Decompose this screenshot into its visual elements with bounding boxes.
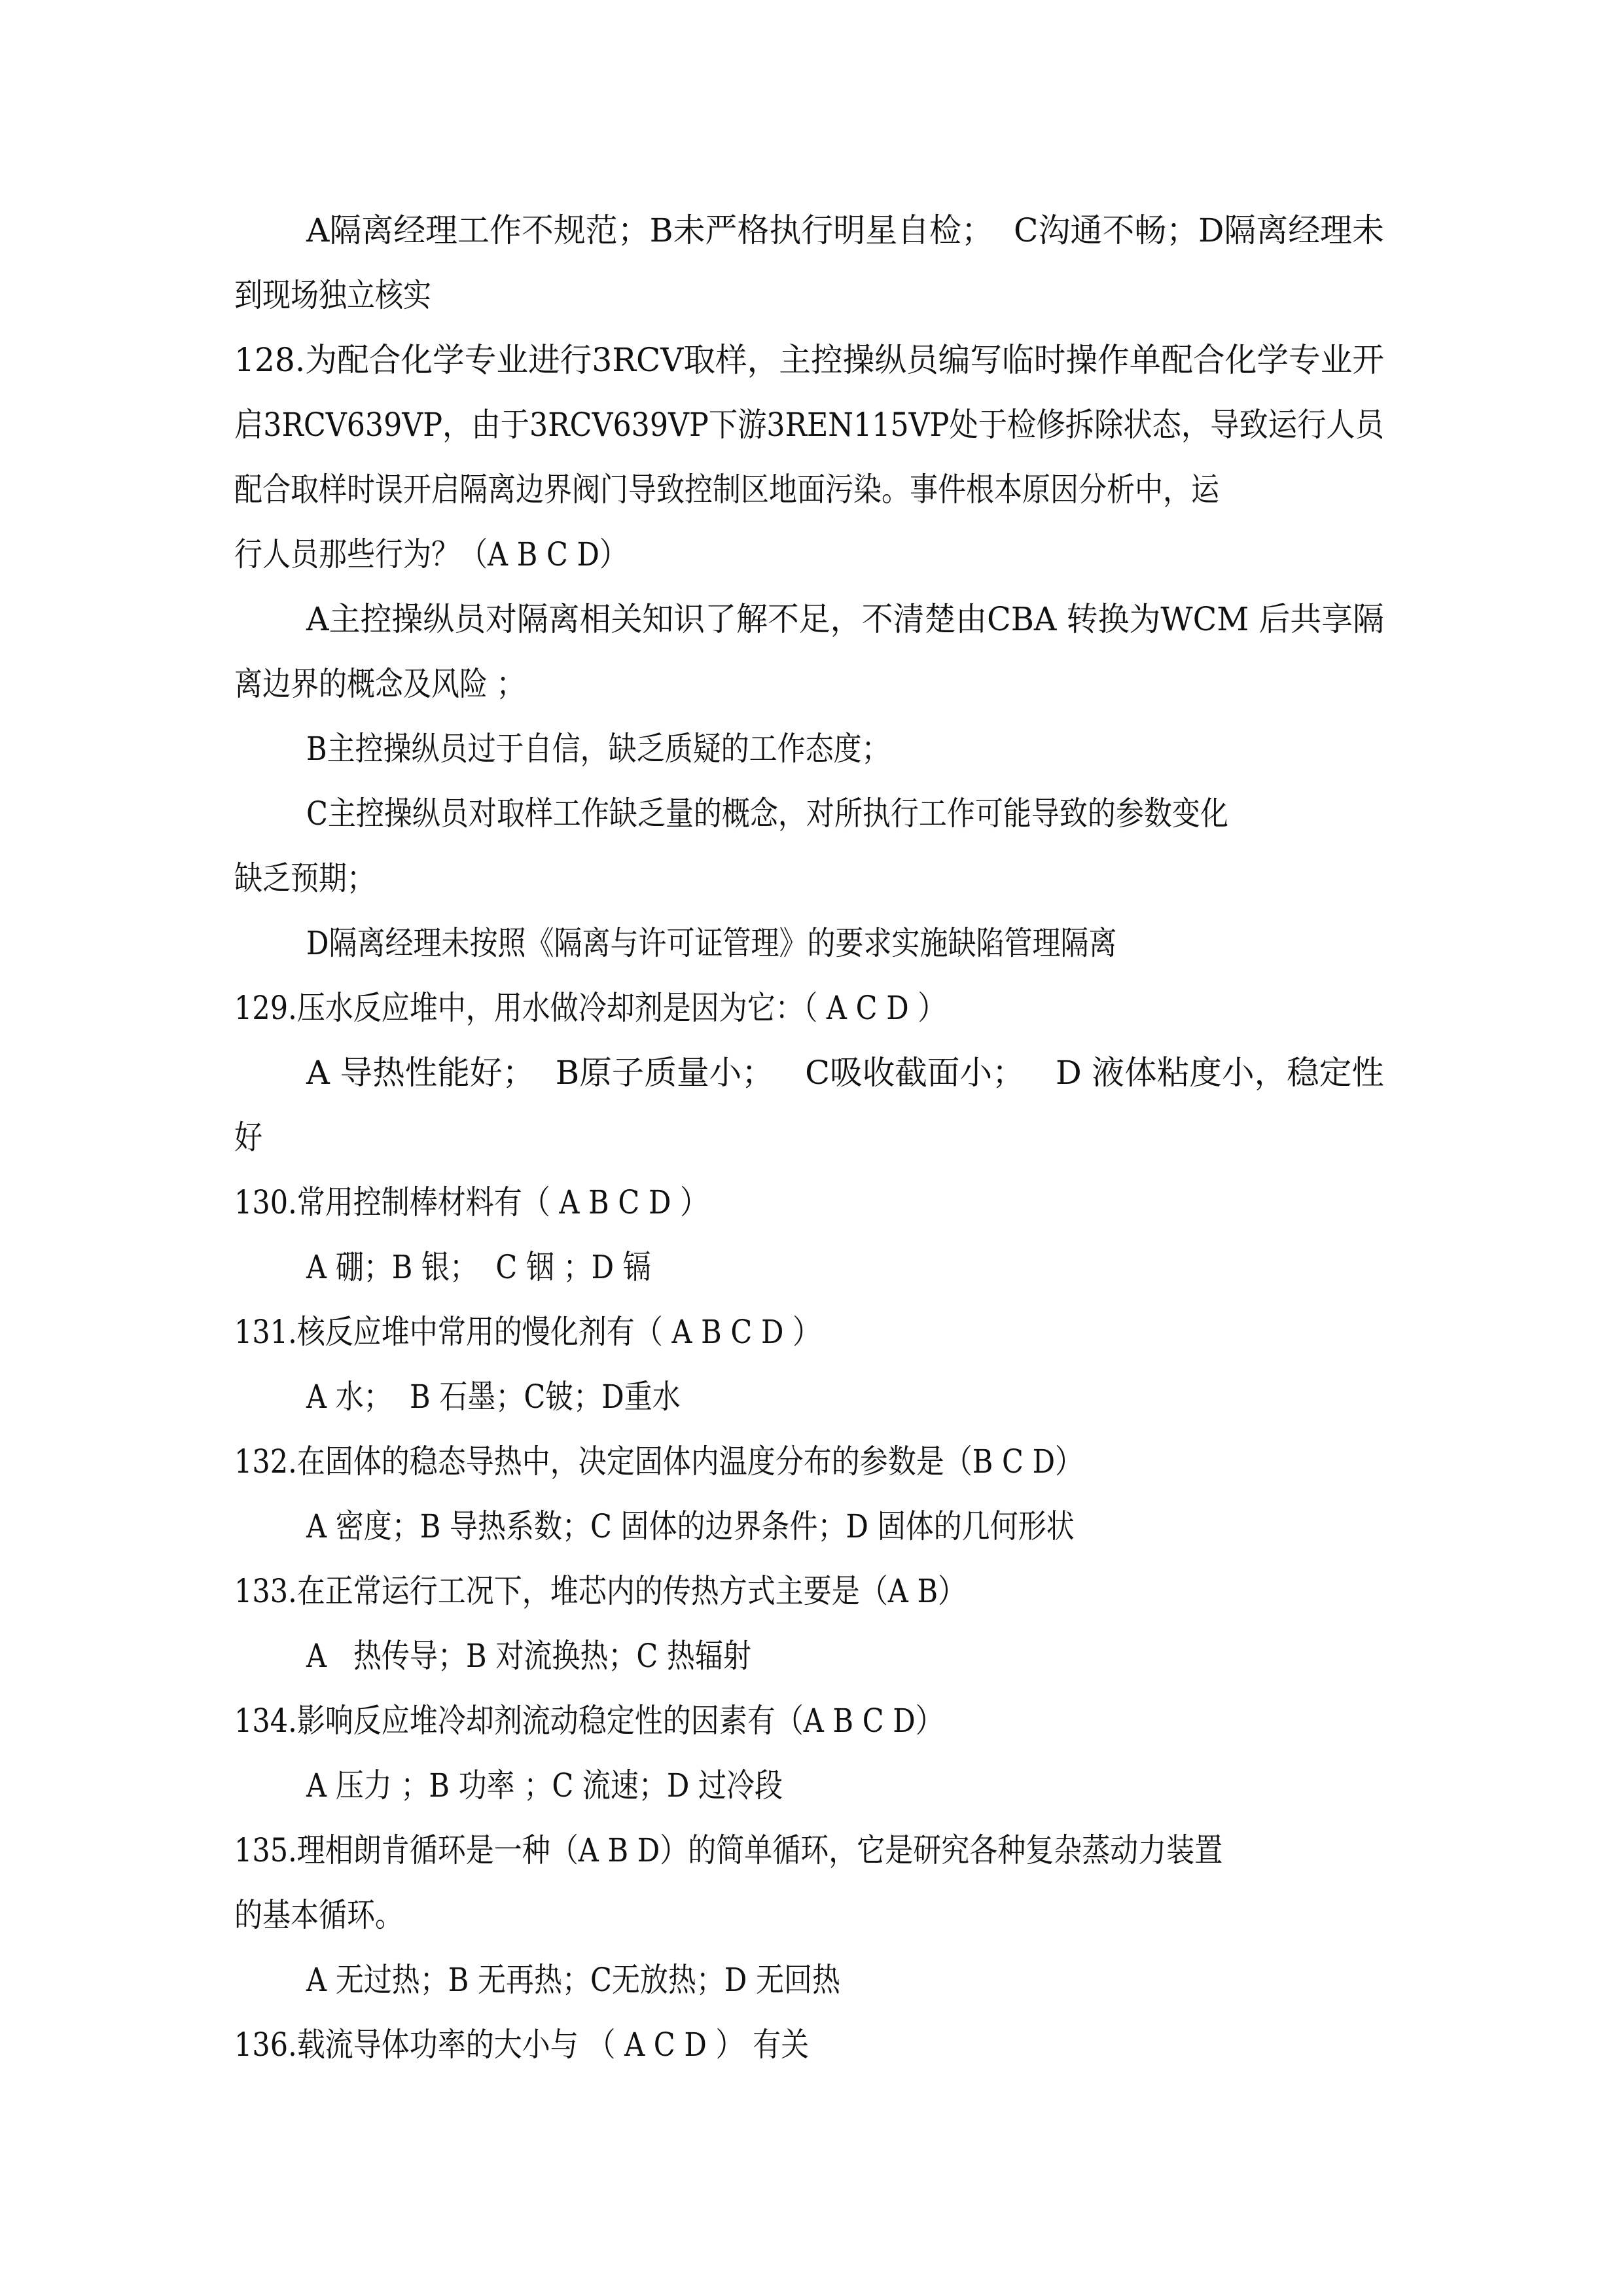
options-132: A 密度；B 导热系数；C 固体的边界条件；D 固体的几何形状: [306, 1507, 1075, 1546]
question-128-cont-1: 启3RCV639VP，由于3RCV639VP下游3REN115VP处于检修拆除状…: [234, 405, 1384, 444]
question-131: 131.核反应堆中常用的慢化剂有（ A B C D ）: [234, 1312, 821, 1352]
option-128-d: D隔离经理未按照《隔离与许可证管理》的要求实施缺陷管理隔离: [306, 924, 1116, 963]
question-130: 130.常用控制棒材料有（ A B C D ）: [234, 1183, 708, 1222]
question-128: 128.为配合化学专业进行3RCV取样，主控操纵员编写临时操作单配合化学专业开: [234, 340, 1384, 380]
document-page: A隔离经理工作不规范；B未严格执行明星自检； C沟通不畅；D隔离经理未 到现场独…: [0, 0, 1623, 2296]
option-128-a: A主控操纵员对隔离相关知识了解不足，不清楚由CBA 转换为WCM 后共享隔: [306, 600, 1384, 639]
options-133: A 热传导；B 对流换热；C 热辐射: [306, 1636, 751, 1676]
option-128-c: C主控操纵员对取样工作缺乏量的概念，对所执行工作可能导致的参数变化: [306, 794, 1228, 833]
options-129: A 导热性能好； B原子质量小； C吸收截面小； D 液体粘度小，稳定性: [306, 1053, 1384, 1092]
question-128-cont-2: 配合取样时误开启隔离边界阀门导致控制区地面污染。事件根本原因分析中，运: [234, 470, 1219, 509]
option-128-a-cont: 离边界的概念及风险 ；: [234, 664, 525, 704]
options-134: A 压力 ；B 功率 ；C 流速；D 过冷段: [306, 1766, 783, 1805]
option-line-127-cont: 到现场独立核实: [234, 276, 431, 315]
question-129: 129.压水反应堆中，用水做冷却剂是因为它：（ A C D ）: [234, 988, 946, 1028]
options-130: A 硼；B 银； C 铟 ；D 镉: [306, 1247, 651, 1287]
option-128-c-cont: 缺乏预期；: [234, 859, 375, 898]
question-134: 134.影响反应堆冷却剂流动稳定性的因素有（A B C D）: [234, 1701, 944, 1740]
options-131: A 水； B 石墨；C铍；D重水: [306, 1377, 681, 1416]
question-133: 133.在正常运行工况下，堆芯内的传热方式主要是（A B）: [234, 1571, 966, 1611]
options-135: A 无过热；B 无再热；C无放热；D 无回热: [306, 1960, 840, 2000]
question-128-cont-3: 行人员那些行为？（A B C D）: [234, 535, 628, 574]
question-136: 136.载流导体功率的大小与 （ A C D ） 有关: [234, 2025, 809, 2064]
question-135-cont: 的基本循环。: [234, 1895, 403, 1935]
question-132: 132.在固体的稳态导热中，决定固体内温度分布的参数是（B C D）: [234, 1442, 1083, 1481]
options-129-cont: 好: [234, 1118, 262, 1157]
option-128-b: B主控操纵员过于自信，缺乏质疑的工作态度；: [306, 729, 890, 768]
question-135: 135.理相朗肯循环是一种（A B D）的简单循环，它是研究各种复杂蒸动力装置: [234, 1831, 1222, 1870]
option-line-127: A隔离经理工作不规范；B未严格执行明星自检； C沟通不畅；D隔离经理未: [306, 211, 1384, 250]
